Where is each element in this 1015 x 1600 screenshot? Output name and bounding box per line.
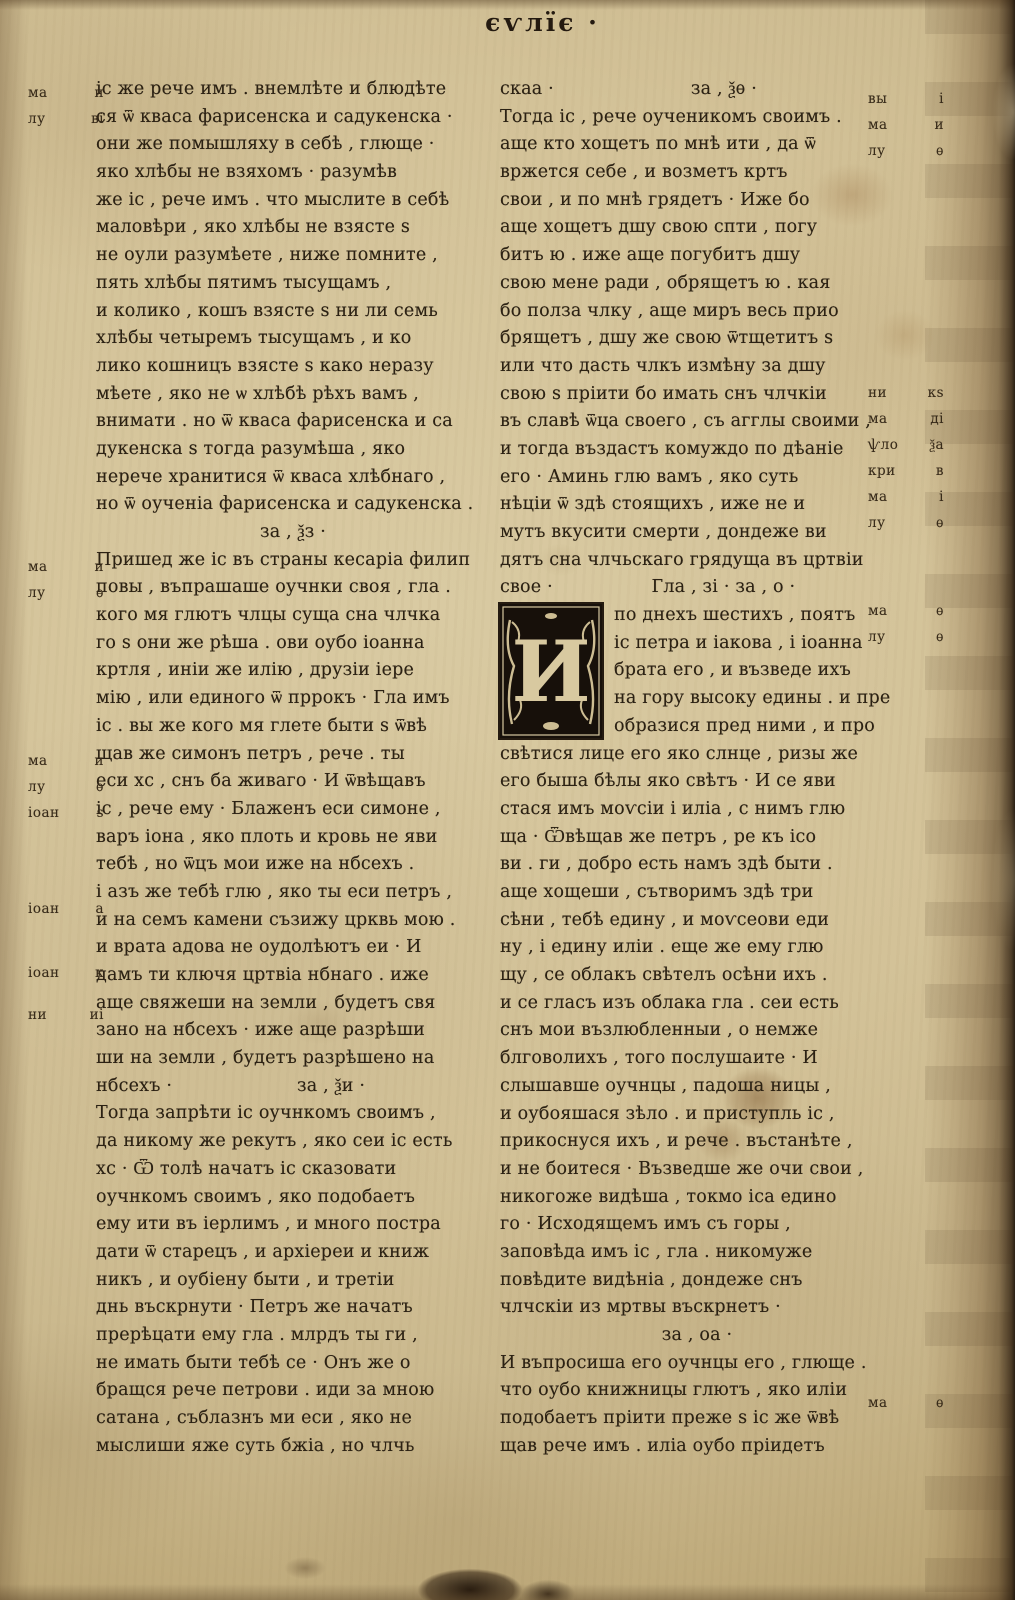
page-edge-bottom xyxy=(0,1584,1015,1600)
margin-ref-book: ма xyxy=(868,112,888,138)
margin-note: маилуѳіоанѕ xyxy=(28,748,104,826)
dropcap-initial: И xyxy=(500,604,602,738)
text-line: іс же рече имъ . внемлѣте и блюдѣте xyxy=(96,76,490,104)
margin-ref-book: іоан xyxy=(28,896,60,922)
text-line: дукенска ѕ тогда разумѣша , яко xyxy=(96,436,490,464)
text-line: хлѣбы четыремъ тысущамъ , и ко xyxy=(96,325,490,353)
right-text-column: скаа ·за , ѯѳ ·Тогда іс , рече оучеником… xyxy=(500,76,894,1460)
text-line: днь въскрнути · Петръ же начатъ xyxy=(96,1294,490,1322)
text-line: го ѕ они же рѣша . ови оубо іоанна xyxy=(96,630,490,658)
text-line: его · Аминь глю вамъ , яко суть xyxy=(500,464,894,492)
margin-note: маѳлуѳ xyxy=(868,598,944,650)
section-heading: за , ѯѳ · xyxy=(554,76,894,104)
margin-note-row: нииі xyxy=(28,1002,104,1028)
text-line: и врата адова не оудолѣютъ еи · И xyxy=(96,934,490,962)
text-line: кртля , иніи же илію , друзіи іере xyxy=(96,657,490,685)
text-line: мыслиши яже суть бжіа , но члчь xyxy=(96,1433,490,1461)
margin-ref-book: ѱло xyxy=(868,432,898,458)
margin-note-row: крив xyxy=(868,458,944,484)
margin-ref-number: и xyxy=(95,80,105,106)
text-line: сатана , съблазнъ ми еси , яко не xyxy=(96,1405,490,1433)
margin-ref-number: и xyxy=(95,748,105,774)
text-line: но ѿ оученіа фарисенска и садукенска . xyxy=(96,491,490,519)
text-line: щав рече имъ . иліа оубо пріидетъ xyxy=(500,1433,894,1461)
margin-ref-number: ві xyxy=(91,106,104,132)
text-line: пять хлѣбы пятимъ тысущамъ , xyxy=(96,270,490,298)
margin-ref-book: ма xyxy=(28,80,48,106)
text-line: і азъ же тебѣ глю , яко ты еси петръ , xyxy=(96,879,490,907)
text-line: бращся рече петрови . иди за мною xyxy=(96,1377,490,1405)
book-page: єѵлїє · іс же рече имъ . внемлѣте и блюд… xyxy=(0,0,1015,1600)
text-line: щу , се облакъ свѣтелъ осѣни ихъ . xyxy=(500,962,894,990)
margin-note-row: маи xyxy=(868,112,944,138)
text-line: дятъ сна члчьскаго грядуща въ цртвіи xyxy=(500,547,894,575)
text-line: вржется себе , и возметъ кртъ xyxy=(500,159,894,187)
left-text-column: іс же рече имъ . внемлѣте и блюдѣтеся ѿ … xyxy=(96,76,490,1460)
text-line: нбсехъ · xyxy=(96,1073,172,1101)
text-line: скаа · xyxy=(500,76,554,104)
dropcap-row: И по днехъ шестихъ , поятъіс петра и іак… xyxy=(500,602,894,741)
margin-note-row: іоанк xyxy=(28,960,104,986)
margin-ref-number: ѳ xyxy=(936,1390,944,1416)
text-line: заповѣда имъ іс , гла . никомуже xyxy=(500,1239,894,1267)
margin-note-row: выі xyxy=(868,86,944,112)
text-line: не имать быти тебѣ се · Онъ же о xyxy=(96,1350,490,1378)
margin-note: іоанк xyxy=(28,960,104,986)
page-edge-left xyxy=(0,0,28,1600)
margin-ref-number: ѳ xyxy=(96,580,104,606)
margin-note: маѳ xyxy=(868,1390,944,1416)
margin-ref-number: и xyxy=(95,554,105,580)
text-line: Тогда запрѣти іс оучнкомъ своимъ , xyxy=(96,1100,490,1128)
margin-note-row: маі xyxy=(868,484,944,510)
text-line: и се гласъ изъ облака гла . сеи есть xyxy=(500,990,894,1018)
text-line-with-heading: нбсехъ ·за , ѯи · xyxy=(96,1073,490,1101)
text-line: на гору высоку едины . и пре xyxy=(614,685,894,713)
margin-note-row: маи xyxy=(28,80,104,106)
text-line: повы , въпрашаше оучнки своя , гла . xyxy=(96,574,490,602)
margin-note-row: маи xyxy=(28,748,104,774)
margin-note-row: маѳ xyxy=(868,598,944,624)
text-line: ся ѿ кваса фарисенска и садукенска · xyxy=(96,104,490,132)
text-line: и на семъ камени съзижу црквь мою . xyxy=(96,907,490,935)
margin-ref-number: иі xyxy=(90,1002,104,1028)
text-line: го · Исходящемъ имъ съ горы , xyxy=(500,1211,894,1239)
text-line: нѣціи ѿ здѣ стоящихъ , иже не и xyxy=(500,491,894,519)
text-line: нерече хранитися ѿ кваса хлѣбнаго , xyxy=(96,464,490,492)
margin-ref-book: ма xyxy=(868,406,888,432)
dropcap-letter: И xyxy=(500,604,602,738)
margin-note-row: луѳ xyxy=(868,624,944,650)
text-line: они же помышляху в себѣ , глюще · xyxy=(96,131,490,159)
margin-ref-number: ѳ xyxy=(936,598,944,624)
text-line: ща · Ѿвѣщав же петръ , ре къ ісо xyxy=(500,824,894,852)
text-line: ему ити въ іерлимъ , и много постра xyxy=(96,1211,490,1239)
text-line: аще кто хощетъ по мнѣ ити , да ѿ xyxy=(500,131,894,159)
margin-ref-number: ѳ xyxy=(936,624,944,650)
text-line: и колико , кошъ взясте ѕ ни ли семь xyxy=(96,298,490,326)
text-line: зано на нбсехъ · иже аще разрѣши xyxy=(96,1017,490,1045)
margin-ref-number: ді xyxy=(930,406,944,432)
text-line-with-heading: свое ·Гла , зі · за , о · xyxy=(500,574,894,602)
text-line: ви . ги , добро есть намъ здѣ быти . xyxy=(500,851,894,879)
text-line: брата его , и възведе ихъ xyxy=(614,657,894,685)
text-line: слышавше оучнцы , падоша ницы , xyxy=(500,1073,894,1101)
margin-note: выімаилуѳ xyxy=(868,86,944,164)
text-line: хс · Ѿ толѣ начатъ іс сказовати xyxy=(96,1156,490,1184)
margin-note-row: луѳ xyxy=(868,510,944,536)
text-line: мію , или единого ѿ пррокъ · Гла имъ xyxy=(96,685,490,713)
page-edge-right xyxy=(925,0,1015,1600)
margin-ref-number: кѕ xyxy=(928,380,944,406)
margin-ref-book: ма xyxy=(868,598,888,624)
text-line: Пришед же іс въ страны кесаріа филип xyxy=(96,547,490,575)
text-line: щав же симонъ петръ , рече . ты xyxy=(96,741,490,769)
margin-ref-book: ма xyxy=(28,748,48,774)
margin-ref-book: ни xyxy=(868,380,887,406)
margin-note: никѕмадіѱлоѯакривмаілуѳ xyxy=(868,380,944,536)
margin-note: маилуві xyxy=(28,80,104,132)
text-line: маловѣри , яко хлѣбы не взясте ѕ xyxy=(96,214,490,242)
margin-note-row: луѳ xyxy=(28,580,104,606)
text-line: никъ , и оубіену быти , и третіи xyxy=(96,1267,490,1295)
text-line: оучнкомъ своимъ , яко подобаетъ xyxy=(96,1184,490,1212)
margin-note-row: луѳ xyxy=(28,774,104,800)
text-line: дати ѿ старецъ , и архіереи и книж xyxy=(96,1239,490,1267)
margin-ref-number: ѳ xyxy=(936,138,944,164)
text-line: лико кошницъ взясте ѕ како неразу xyxy=(96,353,490,381)
margin-note: іоана xyxy=(28,896,104,922)
text-line: мѣете , яко не ѡ хлѣбѣ рѣхъ вамъ , xyxy=(96,381,490,409)
text-line: дамъ ти ключя цртвіа нбнаго . иже xyxy=(96,962,490,990)
text-line: снъ мои възлюбленныи , о немже xyxy=(500,1017,894,1045)
text-line: тебѣ , но ѿцъ мои иже на нбсехъ . xyxy=(96,851,490,879)
text-line: образися пред ними , и про xyxy=(614,713,894,741)
margin-note-row: іоанѕ xyxy=(28,800,104,826)
text-line: аще свяжеши на земли , будетъ свя xyxy=(96,990,490,1018)
text-line: никогоже видѣша , токмо іса едино xyxy=(500,1184,894,1212)
text-line: подобаетъ пріити преже ѕ іс же ѿвѣ xyxy=(500,1405,894,1433)
margin-ref-book: лу xyxy=(868,624,886,650)
text-line: да никому же рекутъ , яко сеи іс есть xyxy=(96,1128,490,1156)
text-line: варъ іона , яко плоть и кровь не яви xyxy=(96,824,490,852)
margin-note-row: маѳ xyxy=(868,1390,944,1416)
text-line: брящетъ , дшу же свою ѿтщетитъ ѕ xyxy=(500,325,894,353)
text-line: блговолихъ , того послушаите · И xyxy=(500,1045,894,1073)
margin-note-row: іоана xyxy=(28,896,104,922)
text-line: ши на земли , будетъ разрѣшено на xyxy=(96,1045,490,1073)
right-column-top: скаа ·за , ѯѳ ·Тогда іс , рече оучеником… xyxy=(500,76,894,602)
text-line: іс петра и іакова , і іоанна xyxy=(614,630,894,658)
text-line: не оули разумѣете , ниже помните , xyxy=(96,242,490,270)
text-line: по днехъ шестихъ , поятъ xyxy=(614,602,894,630)
section-heading: за , ѯи · xyxy=(172,1073,490,1101)
margin-note: нииі xyxy=(28,1002,104,1028)
text-line: же іс , рече имъ . что мыслите в себѣ xyxy=(96,187,490,215)
text-line: члчскіи из мртвы въскрнетъ · xyxy=(500,1294,894,1322)
margin-note-row: маи xyxy=(28,554,104,580)
margin-note-row: луѳ xyxy=(868,138,944,164)
text-line: и не боитеся · Възведше же очи свои , xyxy=(500,1156,894,1184)
margin-ref-book: лу xyxy=(28,774,46,800)
text-line: и оубояшася зѣло . и приступль іс , xyxy=(500,1101,894,1129)
text-line: стася имъ моѵсіи і иліа , с нимъ глю xyxy=(500,796,894,824)
text-line: мутъ вкусити смерти , дондеже ви xyxy=(500,519,894,547)
margin-ref-number: и xyxy=(935,112,945,138)
margin-note-row: ѱлоѯа xyxy=(868,432,944,458)
margin-ref-book: ма xyxy=(28,554,48,580)
text-line: еси хс , снъ ба живаго · И ѿвѣщавъ xyxy=(96,768,490,796)
margin-ref-number: і xyxy=(939,484,944,510)
margin-note: маилуѳ xyxy=(28,554,104,606)
section-heading: за , ѯз · xyxy=(96,519,490,547)
text-line: внимати . но ѿ кваса фарисенска и са xyxy=(96,408,490,436)
text-line: свою ѕ пріити бо имать снъ члчкіи xyxy=(500,381,894,409)
text-line: іс . вы же кого мя глете быти ѕ ѿвѣ xyxy=(96,713,490,741)
margin-ref-book: лу xyxy=(868,510,886,536)
margin-ref-number: ѳ xyxy=(96,774,104,800)
text-line: прерѣцати ему гла . млрдъ ты ги , xyxy=(96,1322,490,1350)
running-title: єѵлїє · xyxy=(0,8,1015,37)
margin-ref-book: лу xyxy=(868,138,886,164)
margin-ref-book: кри xyxy=(868,458,896,484)
text-line: іс , рече ему · Блаженъ еси симоне , xyxy=(96,796,490,824)
margin-ref-book: ма xyxy=(868,1390,888,1416)
text-line: въ славѣ ѿца своего , съ агглы своими , xyxy=(500,408,894,436)
margin-ref-book: іоан xyxy=(28,960,60,986)
margin-ref-number: ѕ xyxy=(97,800,104,826)
text-line: яко хлѣбы не взяхомъ · разумѣв xyxy=(96,159,490,187)
margin-ref-book: ма xyxy=(868,484,888,510)
margin-note-row: никѕ xyxy=(868,380,944,406)
text-line: Тогда іс , рече оученикомъ своимъ . xyxy=(500,104,894,132)
text-line: свѣтися лице его яко слнце , ризы же xyxy=(500,741,894,769)
margin-ref-book: ни xyxy=(28,1002,47,1028)
right-column-bottom: свѣтися лице его яко слнце , ризы жеего … xyxy=(500,741,894,1461)
section-heading: Гла , зі · за , о · xyxy=(553,574,894,602)
text-line: битъ ю . иже аще погубитъ дшу xyxy=(500,242,894,270)
margin-ref-number: в xyxy=(936,458,944,484)
text-line: И въпросиша его оучнцы его , глюще . xyxy=(500,1350,894,1378)
text-line: повѣдите видѣніа , дондеже снъ xyxy=(500,1267,894,1295)
text-line: его быша бѣлы яко свѣтъ · И се яви xyxy=(500,768,894,796)
margin-note-row: луві xyxy=(28,106,104,132)
text-line: сѣни , тебѣ едину , и моѵсеови еди xyxy=(500,907,894,935)
margin-ref-number: ѳ xyxy=(936,510,944,536)
text-line: ну , і едину иліи . еще же ему глю xyxy=(500,934,894,962)
section-heading: за , оа · xyxy=(500,1322,894,1350)
margin-ref-book: вы xyxy=(868,86,887,112)
text-line: или что дасть члкъ измѣну за дшу xyxy=(500,353,894,381)
margin-ref-book: іоан xyxy=(28,800,60,826)
text-line: аще хощеши , сътворимъ здѣ три xyxy=(500,879,894,907)
text-line: свою мене ради , обрящетъ ю . кая xyxy=(500,270,894,298)
margin-ref-number: а xyxy=(95,896,104,922)
text-line: свои , и по мнѣ грядетъ · Иже бо xyxy=(500,187,894,215)
text-line: что оубо книжницы глютъ , яко иліи xyxy=(500,1377,894,1405)
margin-ref-number: ѯа xyxy=(930,432,944,458)
text-line: прикоснуся ихъ , и рече . въстанѣте , xyxy=(500,1128,894,1156)
margin-ref-book: лу xyxy=(28,580,46,606)
dropcap-adjacent-lines: по днехъ шестихъ , поятъіс петра и іаков… xyxy=(614,602,894,741)
margin-ref-number: і xyxy=(939,86,944,112)
margin-note-row: маді xyxy=(868,406,944,432)
text-line: бо полза члку , аще миръ весь прио xyxy=(500,298,894,326)
margin-ref-book: лу xyxy=(28,106,46,132)
text-line: аще хощетъ дшу свою спти , погу xyxy=(500,214,894,242)
text-line: и тогда въздастъ комуждо по дѣаніе xyxy=(500,436,894,464)
text-line: кого мя глютъ члцы суща сна члчка xyxy=(96,602,490,630)
text-line-with-heading: скаа ·за , ѯѳ · xyxy=(500,76,894,104)
text-line: свое · xyxy=(500,574,553,602)
margin-ref-number: к xyxy=(95,960,104,986)
